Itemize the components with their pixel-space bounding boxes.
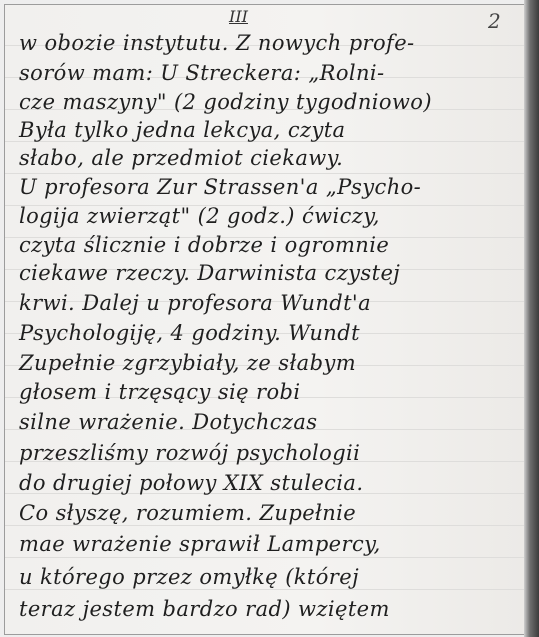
handwritten-line: krwi. Dalej u profesora Wundt'a [19,291,526,315]
ruled-line [5,557,525,558]
handwritten-line: cze maszyny" (2 godziny tygodniowo) [19,90,526,114]
handwritten-line: teraz jestem bardzo rad) wziętem [19,597,526,621]
handwritten-line: czyta ślicznie i dobrze i ogromnie [19,233,526,257]
handwritten-line: ciekawe rzeczy. Darwinista czystej [19,261,526,285]
handwritten-line: Zupełnie zgrzybiały, ze słabym [19,351,526,375]
section-numeral: III [229,7,248,26]
page-number: 2 [488,9,501,33]
handwritten-line: głosem i trzęsący się robi [19,380,526,404]
ruled-line [5,173,525,174]
handwritten-line: przeszliśmy rozwój psychologii [19,441,526,465]
handwritten-line: logija zwierząt" (2 godz.) ćwiczy, [19,204,526,228]
handwritten-line: do drugiej połowy XIX stulecia. [19,471,526,495]
handwritten-line: Co słyszę, rozumiem. Zupełnie [19,501,526,525]
handwritten-line: Była tylko jedna lekcya, czyta [19,118,526,142]
handwritten-line: silne wrażenie. Dotychczas [19,410,526,434]
handwritten-line: U profesora Zur Strassen'a „Psycho- [19,175,526,199]
notebook-page: III 2 w obozie instytutu. Z nowych profe… [4,4,526,635]
ruled-line [5,589,525,590]
notebook-binding-edge [524,0,539,637]
handwritten-line: sorów mam: U Streckera: „Rolni- [19,61,526,85]
handwritten-line: Psychologiję, 4 godziny. Wundt [19,321,526,345]
handwritten-line: u którego przez omyłkę (której [19,565,526,589]
handwritten-line: słabo, ale przedmiot ciekawy. [19,146,526,170]
ruled-line [5,525,525,526]
handwritten-line: mae wrażenie sprawił Lampercy, [19,532,526,556]
handwritten-line: w obozie instytutu. Z nowych profe- [19,31,526,55]
